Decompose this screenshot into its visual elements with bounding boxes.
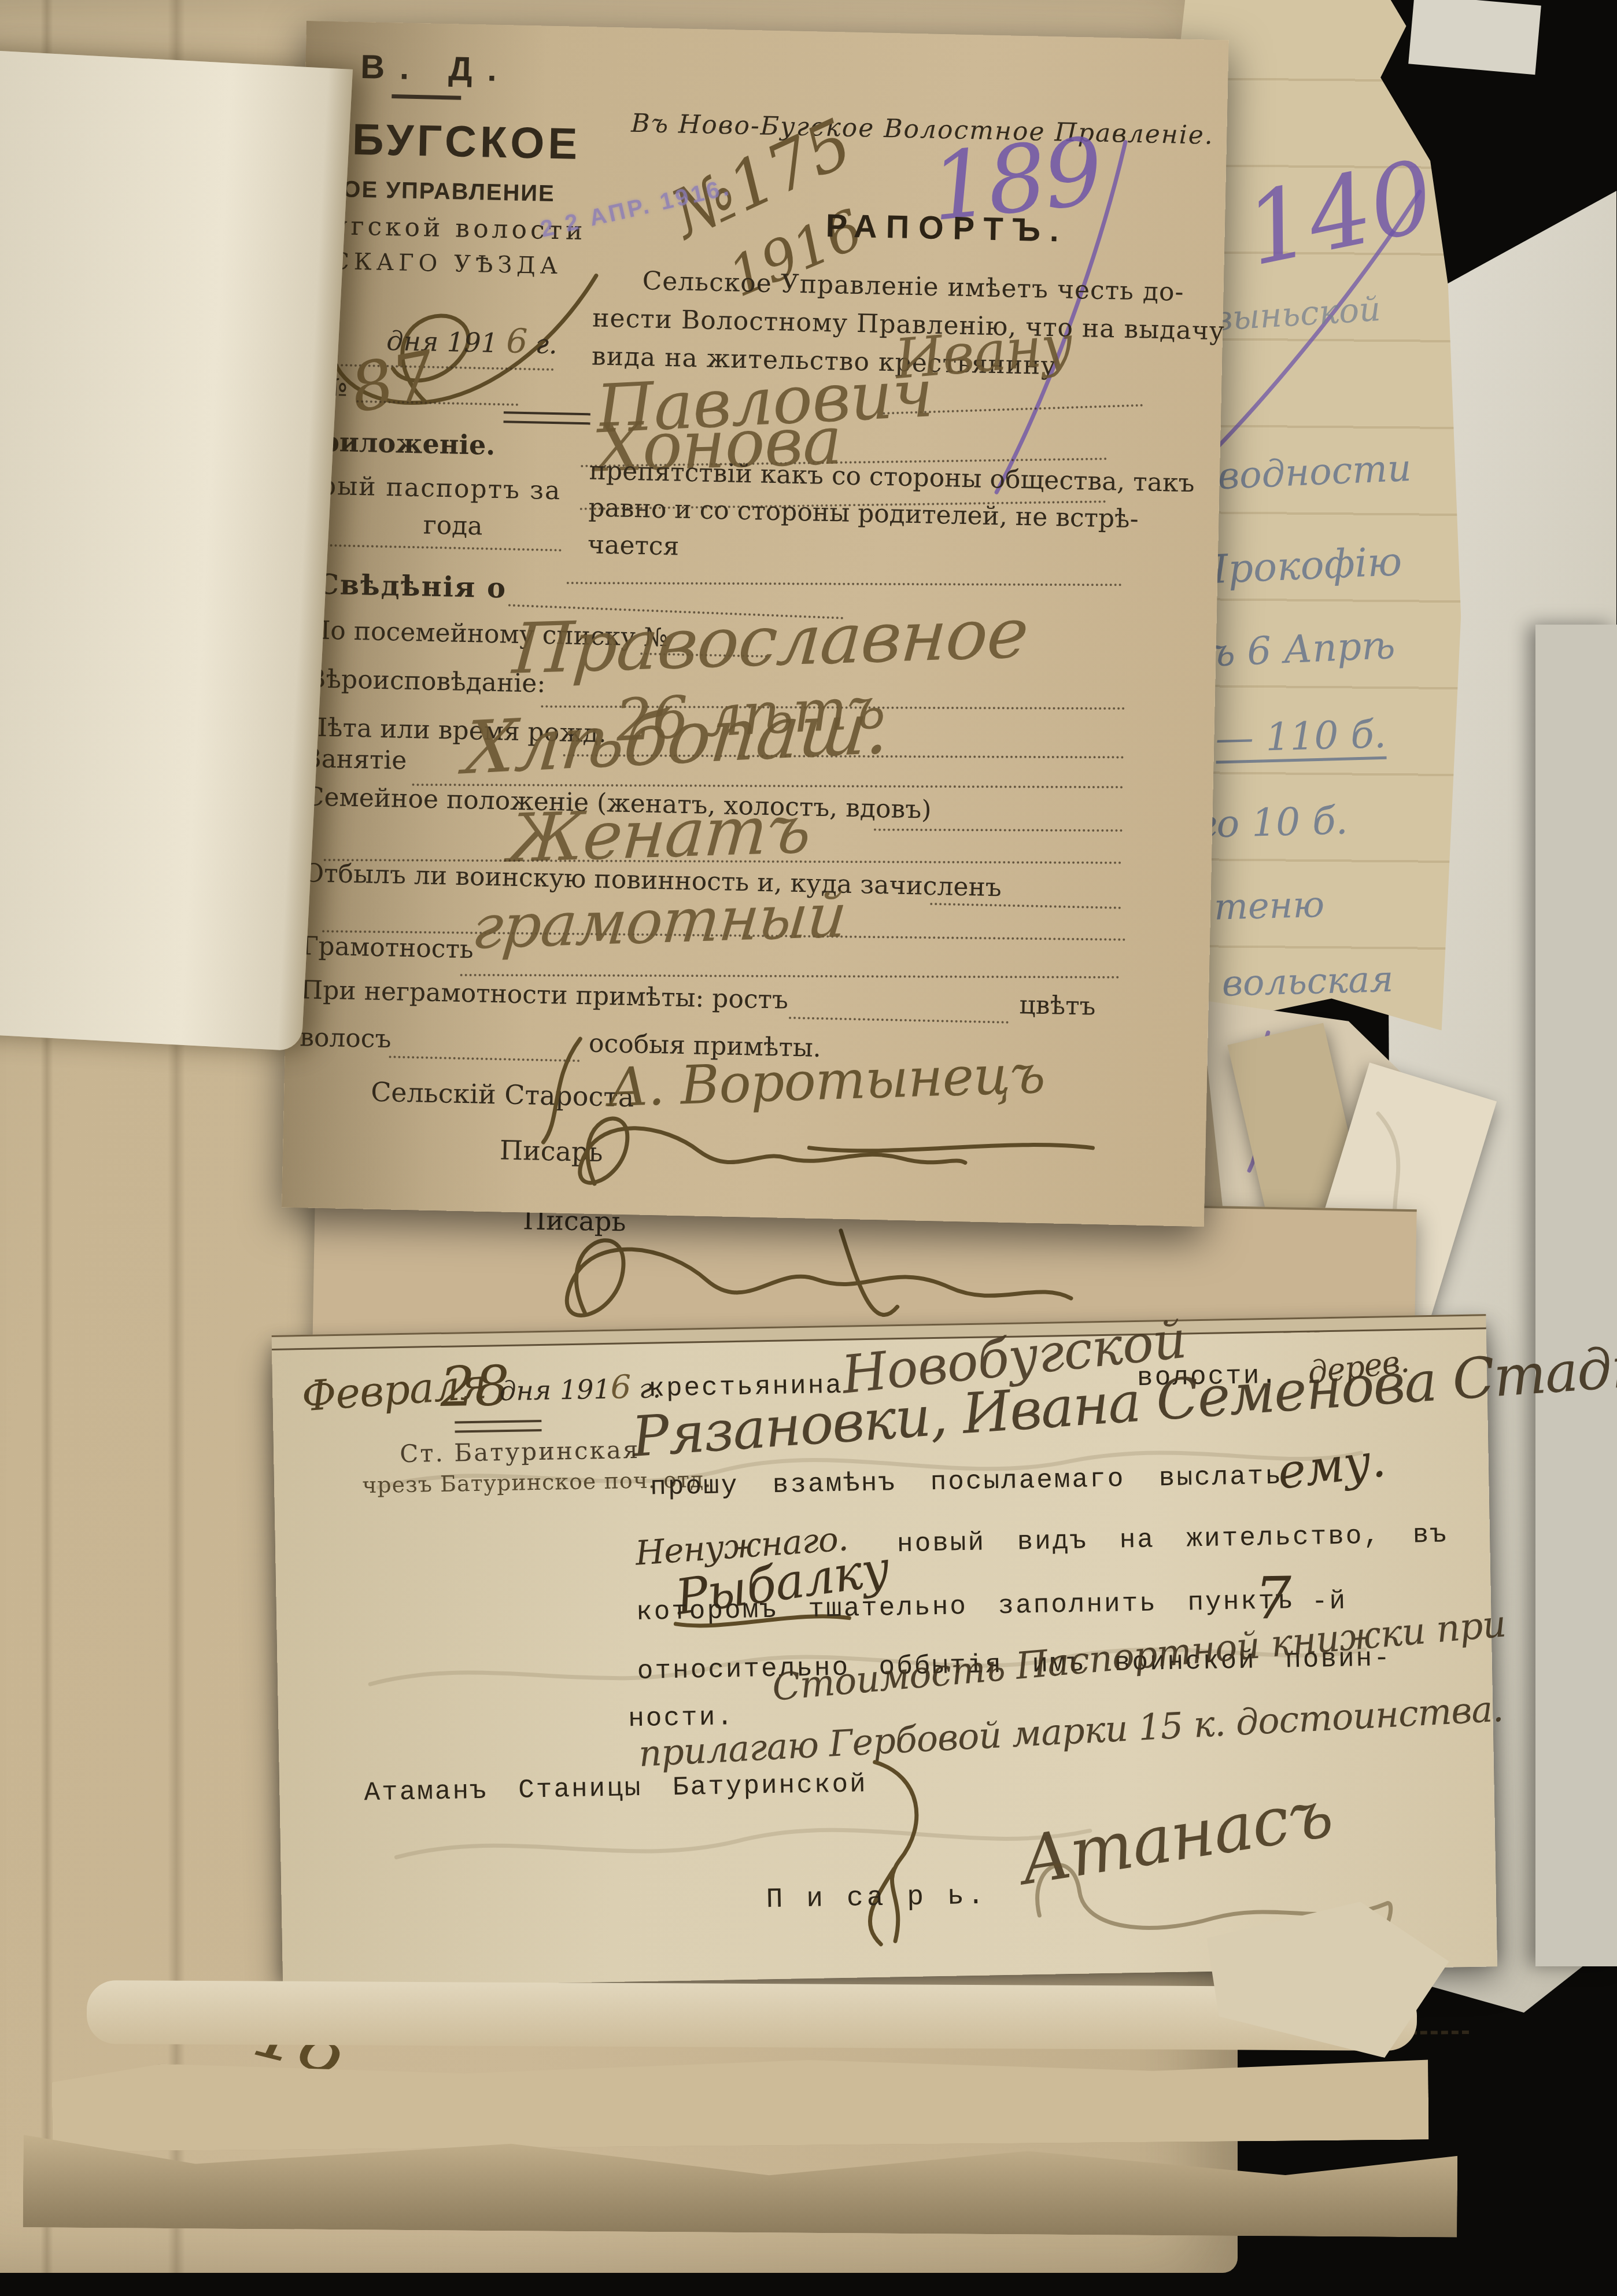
pencil-note-line: Прокофію <box>1193 539 1403 594</box>
background-sheet <box>1535 625 1617 1966</box>
letterhead-org-1: -БУГСКОЕ <box>334 114 581 169</box>
pencil-note-line: въ 6 Апрѣ <box>1186 623 1396 677</box>
dotted-leader <box>567 579 1122 586</box>
double-rule <box>455 1420 541 1433</box>
pencil-note-line: — 110 б. <box>1215 712 1387 764</box>
date-year-handwritten: 6 <box>610 1368 631 1407</box>
request-document: Февраля 28 дня 1916 г. Ст. Батуринская ч… <box>272 1326 1497 1987</box>
attachment-heading: риложеніе. <box>320 426 496 461</box>
attachment-line: рый паспортъ за <box>320 471 562 506</box>
pencil-note-line: вольская <box>1221 958 1394 1005</box>
dotted-leader <box>460 972 1120 979</box>
margin-date-line: дня 1916 г. <box>499 1368 662 1408</box>
doc-number-handwritten: 87 <box>345 337 441 429</box>
svedeniya-heading: Свѣдѣнія о <box>316 569 507 605</box>
background-sheet <box>1408 0 1541 75</box>
pisar-typed-label: П и са р ь. <box>766 1881 988 1916</box>
field-label: Грамотность <box>301 931 474 964</box>
field-value-handwritten: Православное <box>510 593 1031 690</box>
typed-line: -й <box>1311 1586 1347 1617</box>
pencil-note-line: водности <box>1217 447 1412 499</box>
date-year-handwritten: 6 <box>506 321 527 361</box>
field-value-handwritten: грамотный <box>470 880 850 963</box>
double-rule <box>504 411 590 424</box>
dotted-leader <box>930 900 1121 909</box>
archive-photo: 140 гвыньской водности Прокофію въ 6 Апр… <box>0 0 1617 2296</box>
field-label: Занятіе <box>305 744 407 776</box>
date-pre: дня 191 <box>499 1374 611 1407</box>
date-post: г. <box>535 328 558 360</box>
identifying-marks-label-2: цвѣтъ <box>1019 990 1096 1021</box>
field-label: Вѣроисповѣданіе: <box>307 664 546 699</box>
pencil-note-line: теню <box>1213 883 1325 928</box>
letterhead-org-2: КОЕ УПРАВЛЕНИЕ <box>327 176 555 207</box>
body2-line: чается <box>588 530 680 561</box>
dotted-leader <box>874 826 1123 832</box>
hair-label: волосъ <box>300 1023 392 1054</box>
station-line: Ст. Батуринская <box>400 1435 640 1468</box>
rapport-title: РАПОРТЪ. <box>825 206 1068 249</box>
rapport-document: В. Д. -БУГСКОЕ КОЕ УПРАВЛЕНИЕ угской вол… <box>282 21 1229 1227</box>
pisar-signature <box>530 1084 973 1227</box>
folio-white-edge <box>0 48 353 1051</box>
ataman-signature <box>834 1743 965 1959</box>
attachment-year-word: года <box>423 510 483 541</box>
dotted-leader <box>789 1014 1009 1024</box>
letterhead-ministry: В. Д. <box>360 47 512 89</box>
